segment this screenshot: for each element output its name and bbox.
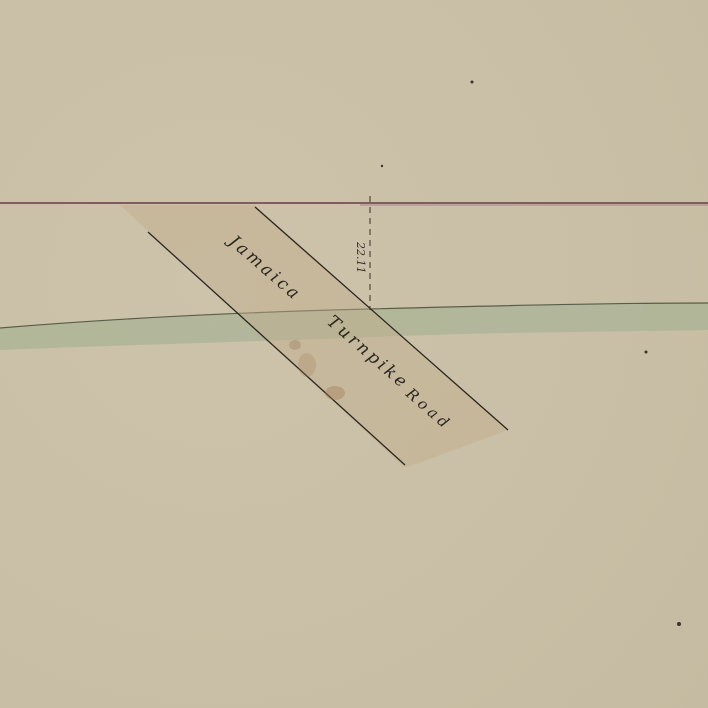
speck (381, 165, 383, 167)
speck (471, 81, 474, 84)
stain (325, 386, 345, 400)
speck (677, 622, 681, 626)
map-drawing: Jamaica Turnpike Road 22.11 (0, 0, 708, 708)
measurement-label: 22.11 (354, 241, 367, 274)
speck (645, 351, 648, 354)
stain (298, 353, 316, 377)
stain (289, 340, 301, 350)
